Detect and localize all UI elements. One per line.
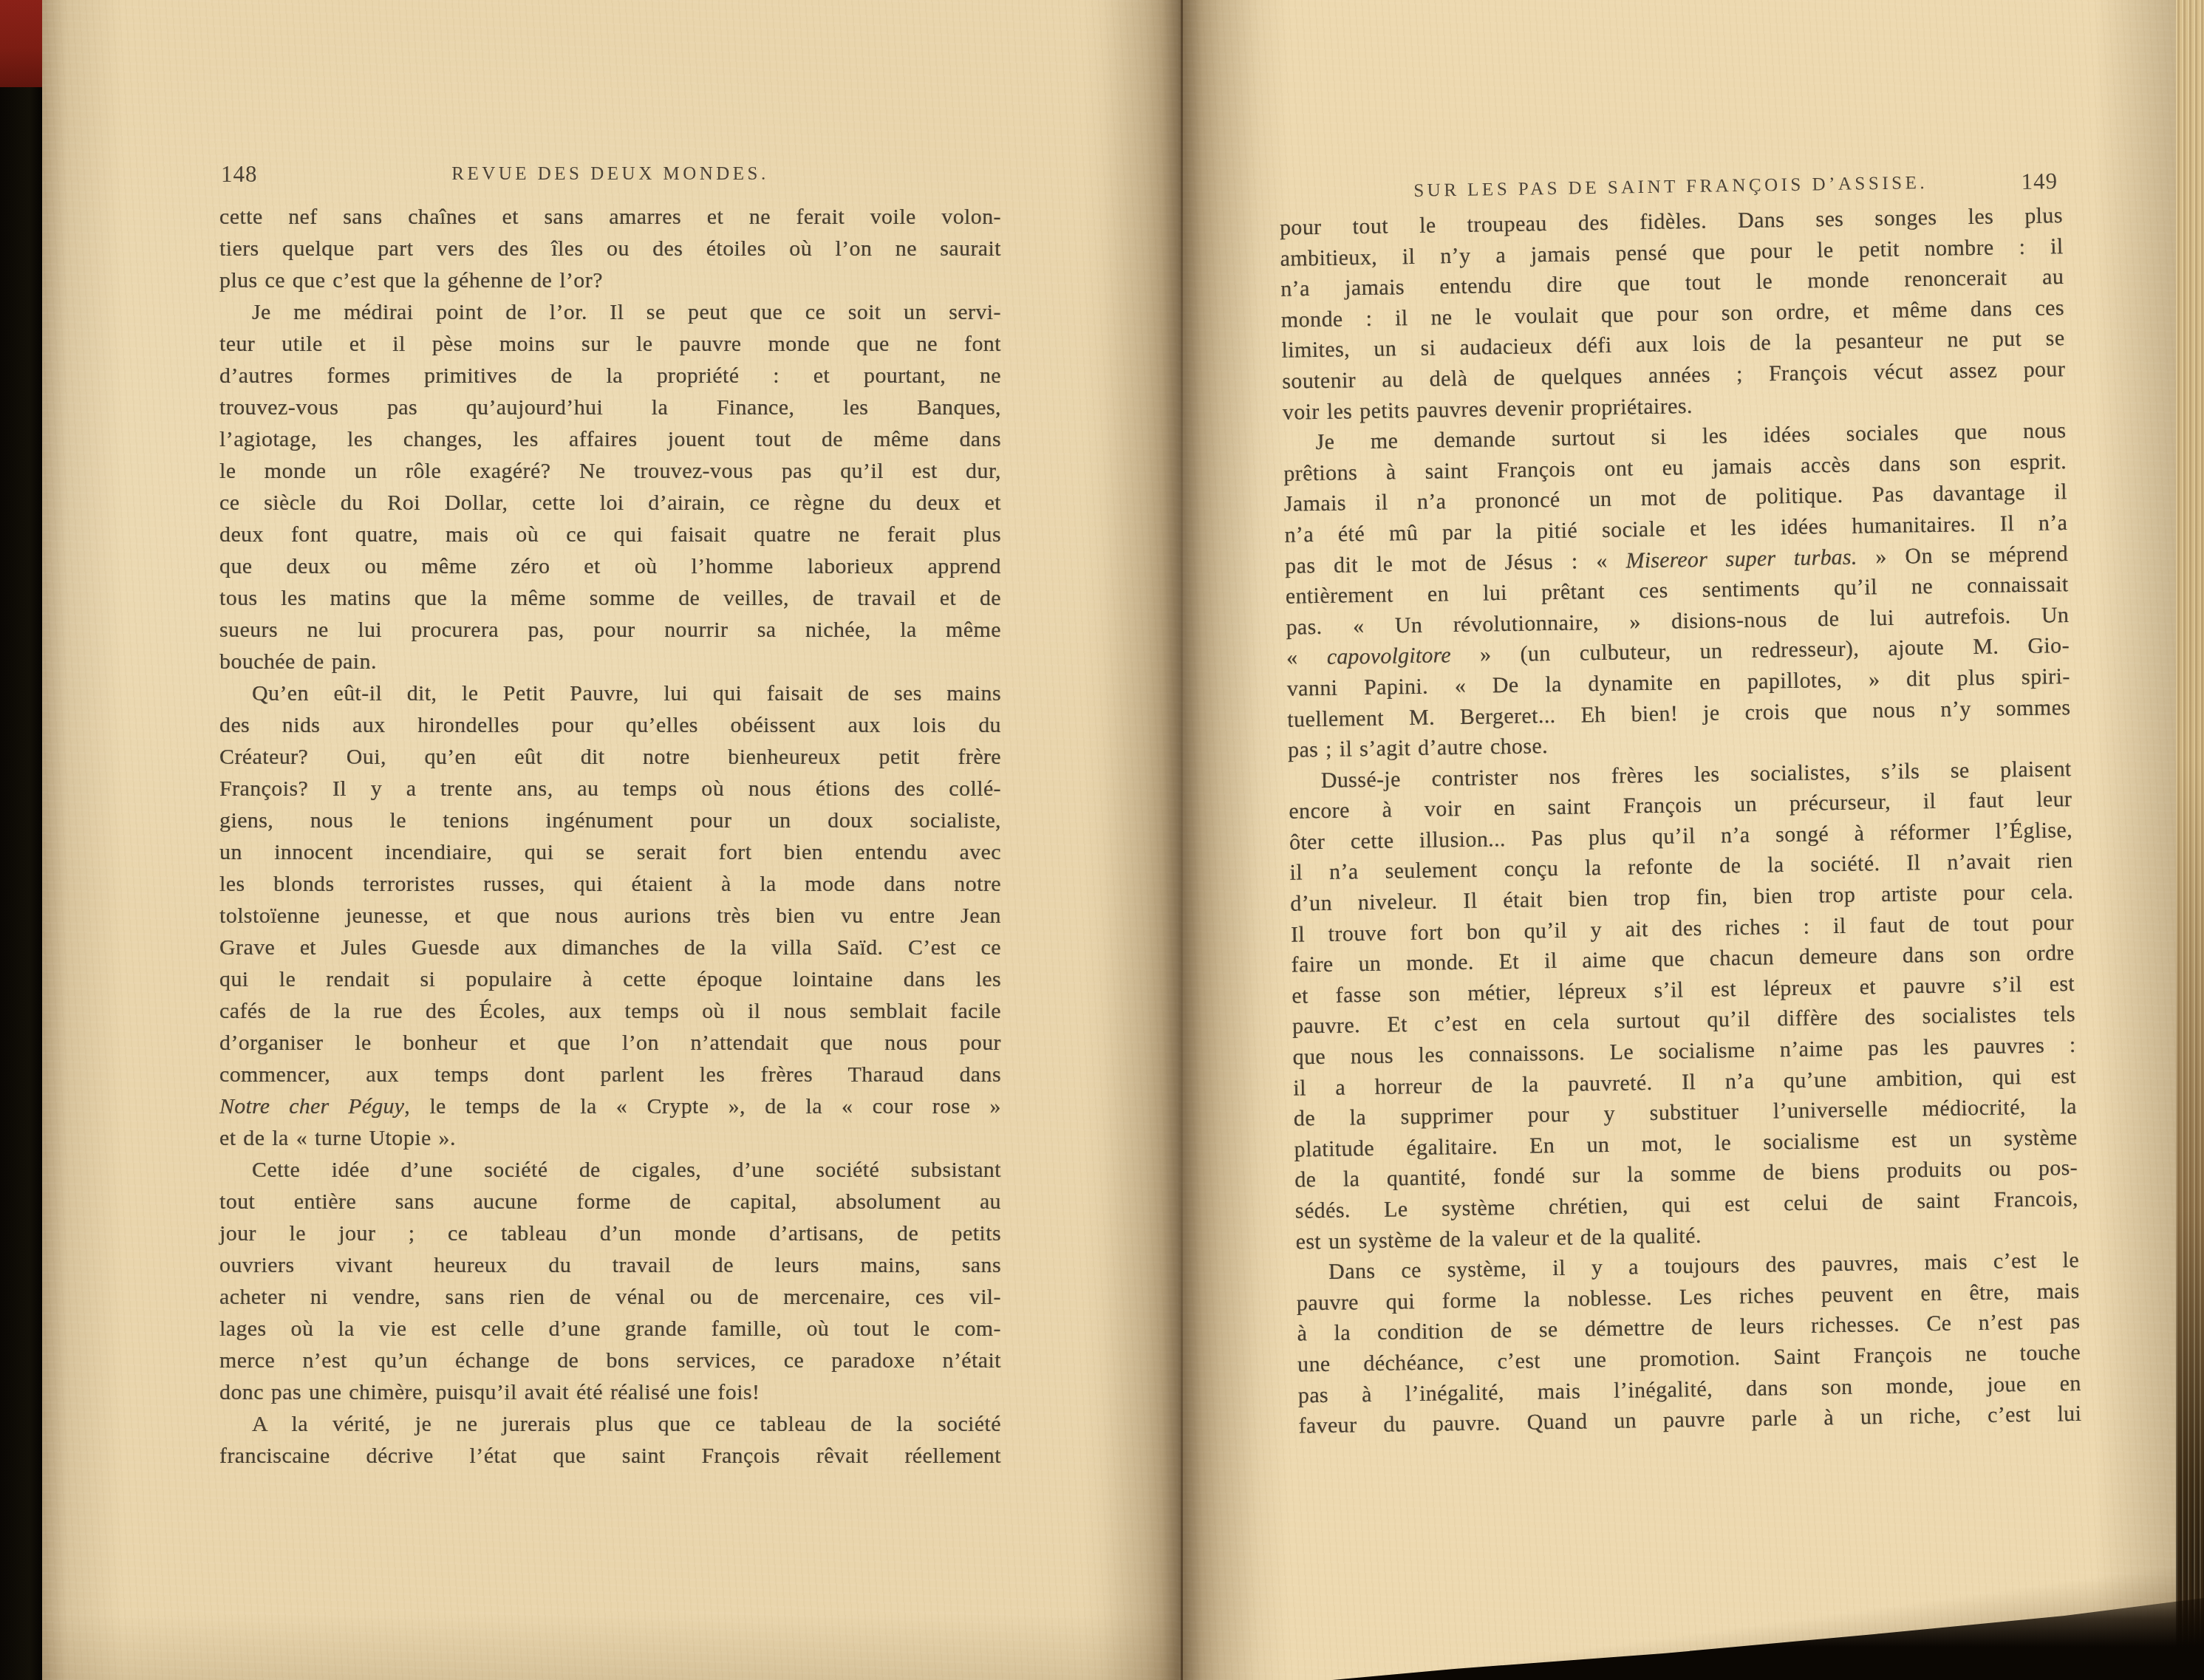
text-line: Grave et Jules Guesde aux dimanches de l… xyxy=(219,932,1001,963)
page-right-content: SUR LES PAS DE SAINT FRANÇOIS D’ASSISE. … xyxy=(1165,0,2189,1680)
text-line: Je me médirai point de l’or. Il se peut … xyxy=(219,296,1001,328)
page-right: SUR LES PAS DE SAINT FRANÇOIS D’ASSISE. … xyxy=(1178,0,2176,1680)
book-spread-scan: 148 REVUE DES DEUX MONDES. cette nef san… xyxy=(0,0,2204,1680)
running-title-left: REVUE DES DEUX MONDES. xyxy=(219,164,1001,185)
text-line: le monde un rôle exagéré? Ne trouvez-vou… xyxy=(219,455,1001,487)
running-title-right: SUR LES PAS DE SAINT FRANÇOIS D’ASSISE. xyxy=(1279,171,2062,204)
text-line: que deux ou même zéro et où l’homme labo… xyxy=(219,550,1001,582)
text-line: cette nef sans chaînes et sans amarres e… xyxy=(219,201,1001,233)
text-line: tiers quelque part vers des îles ou des … xyxy=(219,233,1001,264)
text-line: tous les matins que la même somme de vei… xyxy=(219,582,1001,614)
text-line: tout entière sans aucune forme de capita… xyxy=(219,1186,1001,1218)
text-line: des nids aux hirondelles pour qu’elles o… xyxy=(219,709,1001,741)
fore-edge-pages xyxy=(2176,0,2204,1680)
text-line: cafés de la rue des Écoles, aux temps où… xyxy=(219,995,1001,1027)
text-line: merce n’est qu’un échange de bons servic… xyxy=(219,1345,1001,1376)
text-line: jour le jour ; ce tableau d’un monde d’a… xyxy=(219,1218,1001,1249)
red-cover-edge xyxy=(0,0,42,87)
text-line: acheter ni vendre, sans rien de vénal ou… xyxy=(219,1281,1001,1313)
text-line: franciscaine décrive l’état que saint Fr… xyxy=(219,1440,1001,1472)
text-line: ce siècle du Roi Dollar, cette loi d’air… xyxy=(219,487,1001,519)
text-line: plus ce que c’est que la géhenne de l’or… xyxy=(219,264,1001,296)
text-line: donc pas une chimère, puisqu’il avait ét… xyxy=(219,1376,1001,1408)
text-line: tolstoïenne jeunesse, et que nous aurion… xyxy=(219,900,1001,932)
text-line: les blonds terroristes russes, qui étaie… xyxy=(219,868,1001,900)
text-line: Créateur? Oui, qu’en eût dit notre bienh… xyxy=(219,741,1001,773)
text-line: giens, nous le tenions ingénument pour u… xyxy=(219,805,1001,836)
text-line: ouvriers vivant heureux du travail de le… xyxy=(219,1249,1001,1281)
text-line: Notre cher Péguy, le temps de la « Crypt… xyxy=(219,1090,1001,1122)
spine-shadow xyxy=(0,0,42,1680)
text-line: sueurs ne lui procurera pas, pour nourri… xyxy=(219,614,1001,646)
text-line: trouvez-vous pas qu’aujourd’hui la Finan… xyxy=(219,392,1001,423)
text-line: qui le rendait si populaire à cette époq… xyxy=(219,963,1001,995)
text-line: bouchée de pain. xyxy=(219,646,1001,677)
text-line: commencer, aux temps dont parlent les fr… xyxy=(219,1059,1001,1090)
text-line: François? Il y a trente ans, au temps où… xyxy=(219,773,1001,805)
text-line: l’agiotage, les changes, les affaires jo… xyxy=(219,423,1001,455)
page-right-tilt: SUR LES PAS DE SAINT FRANÇOIS D’ASSISE. … xyxy=(1165,0,2189,1680)
text-line: deux font quatre, mais où ce qui faisait… xyxy=(219,519,1001,550)
text-line: teur utile et il pèse moins sur le pauvr… xyxy=(219,328,1001,360)
text-line: et de la « turne Utopie ». xyxy=(219,1122,1001,1154)
page-left-content: 148 REVUE DES DEUX MONDES. cette nef san… xyxy=(42,0,1178,1680)
page-left: 148 REVUE DES DEUX MONDES. cette nef san… xyxy=(42,0,1178,1680)
text-line: un innocent incendiaire, qui se serait f… xyxy=(219,836,1001,868)
running-head-left: 148 REVUE DES DEUX MONDES. xyxy=(219,161,1001,191)
text-line: A la vérité, je ne jurerais plus que ce … xyxy=(219,1408,1001,1440)
text-line: d’organiser le bonheur et que l’on n’att… xyxy=(219,1027,1001,1059)
text-line: d’autres formes primitives de la proprié… xyxy=(219,360,1001,392)
page-number-right: 149 xyxy=(2021,168,2058,195)
text-left: cette nef sans chaînes et sans amarres e… xyxy=(219,201,1001,1472)
text-right: pour tout le troupeau des fidèles. Dans … xyxy=(1280,200,2082,1441)
text-line: Cette idée d’une société de cigales, d’u… xyxy=(219,1154,1001,1186)
text-line: lages où la vie est celle d’une grande f… xyxy=(219,1313,1001,1345)
text-line: Qu’en eût-il dit, le Petit Pauvre, lui q… xyxy=(219,677,1001,709)
